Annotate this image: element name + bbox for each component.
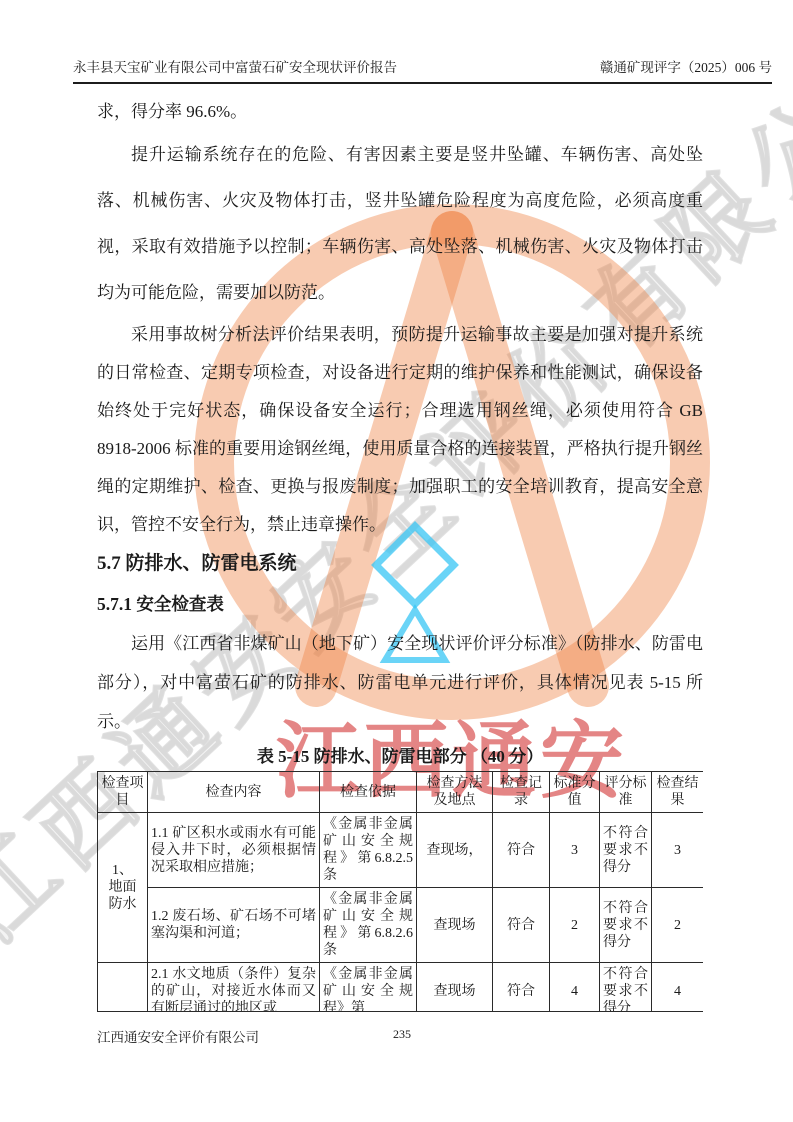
cell-score: 2 (550, 888, 600, 963)
col-header-result: 检查结果 (652, 772, 704, 813)
heading-5-7-1: 5.7.1 安全检查表 (97, 584, 703, 624)
cell-score: 4 (550, 963, 600, 1013)
paragraph-hazards: 提升运输系统存在的危险、有害因素主要是竖井坠罐、车辆伤害、高处坠落、机械伤害、火… (97, 132, 703, 316)
footer-company-name: 江西通安安全评价有限公司 (97, 1030, 259, 1045)
cell-method: 查现场 (417, 963, 493, 1013)
cell-record: 符合 (493, 963, 550, 1013)
cell-basis: 《金属非金属矿山安全规程》第6.8.2.5条 (320, 813, 417, 888)
group-label-line: 1、 (101, 862, 144, 879)
col-header-criteria: 评分标准 (600, 772, 652, 813)
cell-criteria: 不符合要求不得分 (600, 888, 652, 963)
cell-result: 3 (652, 813, 704, 888)
table-header-row: 检查项目 检查内容 检查依据 检查方法及地点 检查记录 标准分值 评分标准 检查… (98, 772, 704, 813)
paragraph-fault-tree: 采用事故树分析法评价结果表明，预防提升运输事故主要是加强对提升系统的日常检查、定… (97, 316, 703, 544)
cell-result: 4 (652, 963, 704, 1013)
cell-basis: 《金属非金属矿山安全规程》第 (320, 963, 417, 1013)
cell-method: 查现场， (417, 813, 493, 888)
table-clip-region: 检查项目 检查内容 检查依据 检查方法及地点 检查记录 标准分值 评分标准 检查… (97, 771, 703, 1012)
page-footer: 江西通安安全评价有限公司 235 (97, 1026, 703, 1046)
cell-result: 2 (652, 888, 704, 963)
table-row: 1、 地面 防水 1.1 矿区积水或雨水有可能侵入井下时，必须根据情况采取相应措… (98, 813, 704, 888)
cell-content: 2.1 水文地质（条件）复杂的矿山，对接近水体而又有断层通过的地区或 (148, 963, 320, 1013)
page-number: 235 (393, 1027, 411, 1042)
table-row: 1.2 废石场、矿石场不可堵塞沟渠和河道； 《金属非金属矿山安全规程》第6.8.… (98, 888, 704, 963)
table-title: 表 5-15 防排水、防雷电部分 （40 分） (97, 745, 703, 769)
paragraph-score-rate: 求，得分率 96.6%。 (97, 92, 703, 132)
cell-score: 3 (550, 813, 600, 888)
body-column: 求，得分率 96.6%。 提升运输系统存在的危险、有害因素主要是竖井坠罐、车辆伤… (97, 92, 703, 1012)
cell-content: 1.1 矿区积水或雨水有可能侵入井下时，必须根据情况采取相应措施； (148, 813, 320, 888)
document-page: 江西通安安全评价有限公司 江西通安 永丰县天宝矿业有限公司中富萤石矿安全现状评价… (0, 0, 793, 1122)
paragraph-standard-applied: 运用《江西省非煤矿山（地下矿）安全现状评价评分标准》（防排水、防雷电部分），对中… (97, 624, 703, 741)
cell-method: 查现场 (417, 888, 493, 963)
group-label-line: 地面 (101, 879, 144, 896)
col-header-record: 检查记录 (493, 772, 550, 813)
header-document-number: 赣通矿现评字（2025）006 号 (600, 56, 772, 76)
page-header: 永丰县天宝矿业有限公司中富萤石矿安全现状评价报告 赣通矿现评字（2025）006… (73, 56, 772, 84)
col-header-item: 检查项目 (98, 772, 148, 813)
cell-record: 符合 (493, 813, 550, 888)
col-header-score: 标准分值 (550, 772, 600, 813)
cell-record: 符合 (493, 888, 550, 963)
cell-basis: 《金属非金属矿山安全规程》第6.8.2.6条 (320, 888, 417, 963)
group-label-cell-empty (98, 963, 148, 1013)
group-label-line: 防水 (101, 896, 144, 913)
col-header-method: 检查方法及地点 (417, 772, 493, 813)
inspection-table: 检查项目 检查内容 检查依据 检查方法及地点 检查记录 标准分值 评分标准 检查… (97, 771, 703, 1012)
col-header-content: 检查内容 (148, 772, 320, 813)
table-row: 2.1 水文地质（条件）复杂的矿山，对接近水体而又有断层通过的地区或 《金属非金… (98, 963, 704, 1013)
page-content: 永丰县天宝矿业有限公司中富萤石矿安全现状评价报告 赣通矿现评字（2025）006… (0, 0, 793, 1122)
group-label-cell: 1、 地面 防水 (98, 813, 148, 963)
cell-criteria: 不符合要求不得分 (600, 963, 652, 1013)
header-report-title: 永丰县天宝矿业有限公司中富萤石矿安全现状评价报告 (73, 56, 397, 76)
col-header-basis: 检查依据 (320, 772, 417, 813)
heading-5-7: 5.7 防排水、防雷电系统 (97, 544, 703, 584)
cell-content: 1.2 废石场、矿石场不可堵塞沟渠和河道； (148, 888, 320, 963)
cell-criteria: 不符合要求不得分 (600, 813, 652, 888)
